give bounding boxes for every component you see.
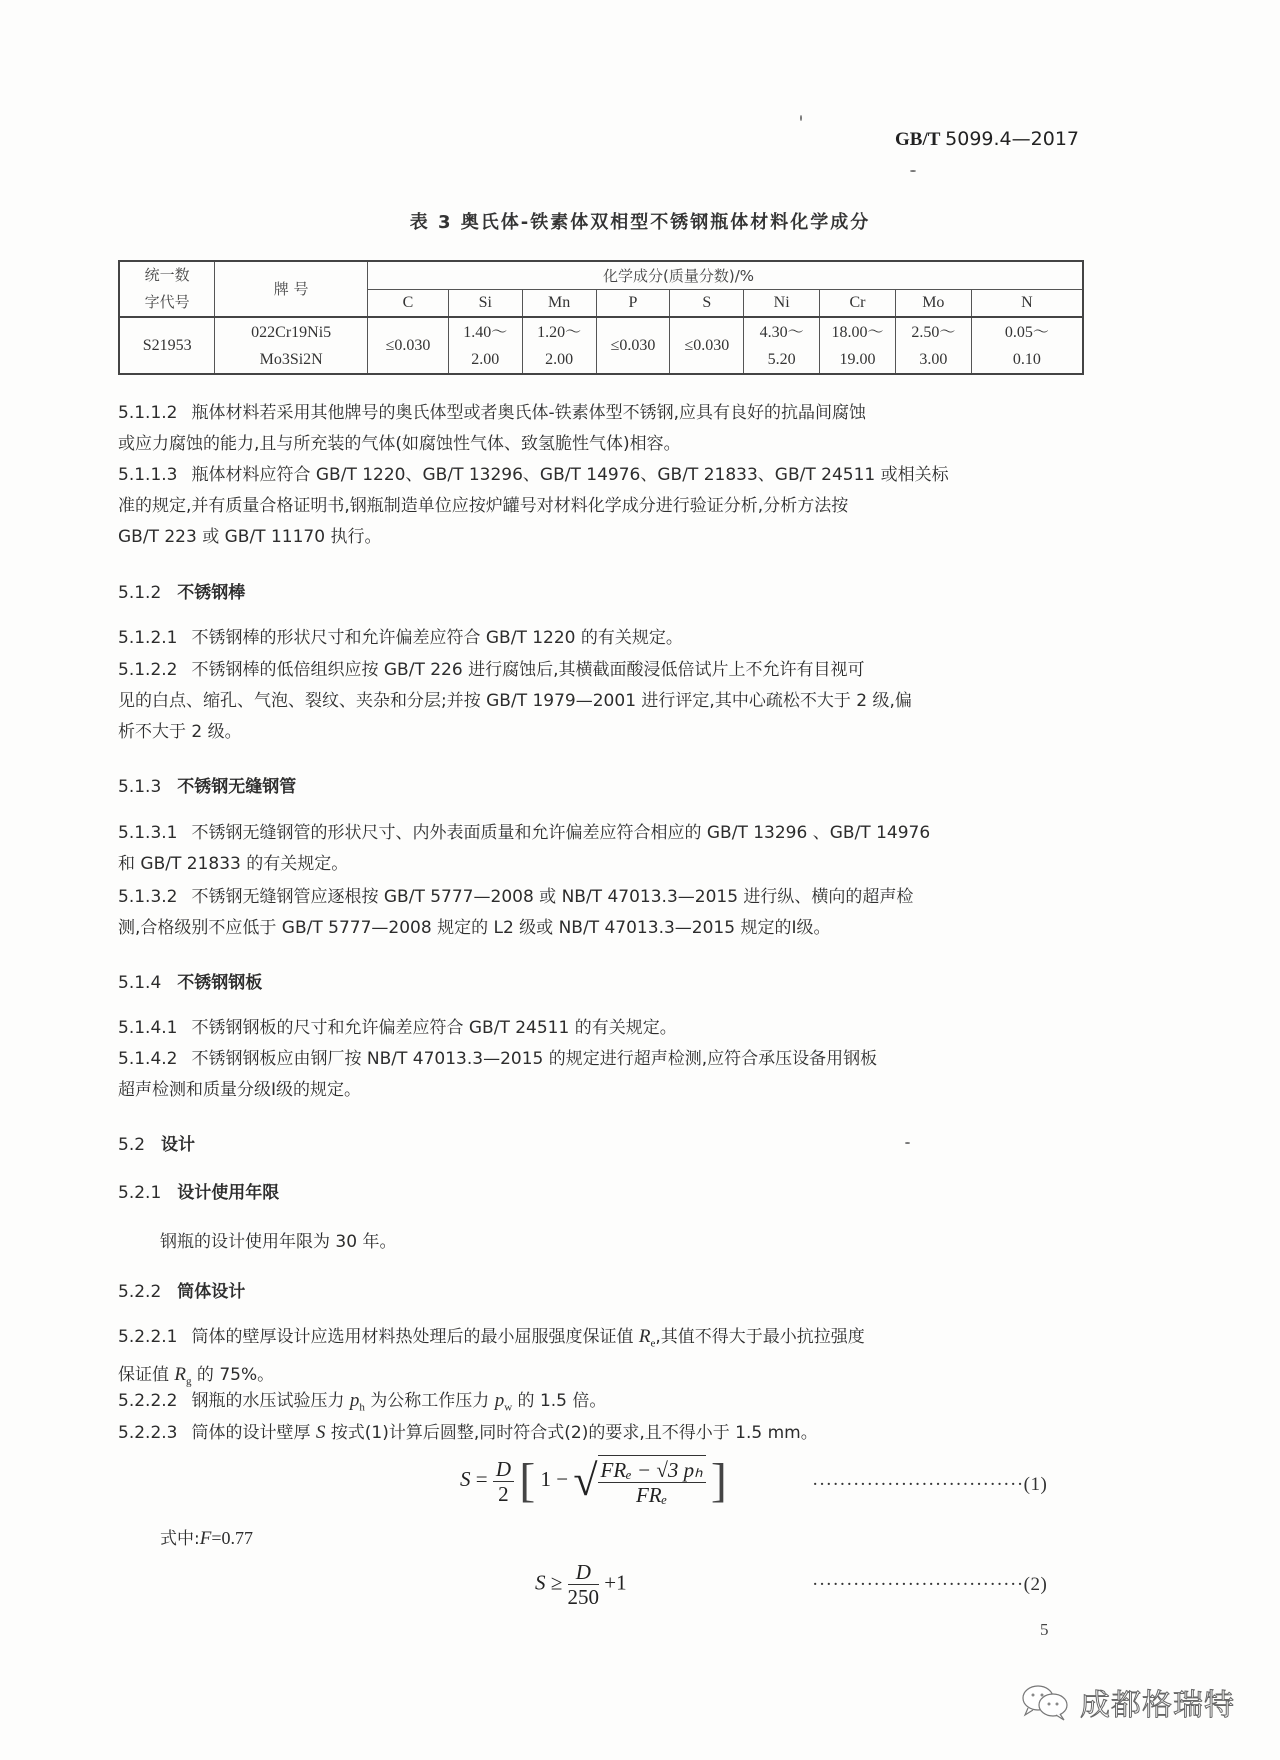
cell-s: ≤0.030 [670,317,744,374]
clause-number: 5.1.2.1 [118,628,177,648]
paragraph-text: 钢瓶的设计使用年限为 30 年。 [160,1227,1126,1258]
heading-5-2-1: 5.2.1设计使用年限 [118,1178,279,1203]
clause-number: 5.1.3.1 [118,823,177,843]
cell-mn-min: 1.20～ [523,319,596,346]
col-header-element: N [971,290,1083,318]
clause-text: 不锈钢钢板的尺寸和允许偏差应符合 GB/T 24511 的有关规定。 [191,1018,676,1038]
clause-text: 的 75%。 [192,1365,275,1385]
clause-number: 5.2.2.3 [118,1423,177,1443]
left-bracket: [ [519,1457,535,1505]
fraction-numerator: D [493,1457,514,1482]
cell-c: ≤0.030 [368,317,449,374]
formula-one-minus: 1 − [541,1467,569,1491]
clause-5-1-3-2: 5.1.3.2不锈钢无缝钢管应逐根按 GB/T 5777—2008 或 NB/T… [118,882,1084,944]
fraction-denominator: 250 [568,1585,600,1609]
clause-text: 瓶体材料若采用其他牌号的奥氏体型或者奥氏体-铁素体型不锈钢,应具有良好的抗晶间腐… [191,403,866,423]
clause-text: 瓶体材料应符合 GB/T 1220、GB/T 13296、GB/T 14976、… [191,465,948,485]
cell-mn-max: 2.00 [523,346,596,373]
heading-number: 5.2.2 [118,1282,161,1302]
formula-1: S = D 2 [ 1 − √ FRₑ − √3 pₕ FRₑ ] [460,1455,727,1507]
clause-text: 筒体的设计壁厚 [191,1423,315,1443]
page-number: 5 [1040,1620,1049,1640]
fraction-radicand: FRₑ − √3 pₕ FRₑ [598,1458,706,1507]
clause-5-1-4-2: 5.1.4.2不锈钢钢板应由钢厂按 NB/T 47013.3—2015 的规定进… [118,1044,1084,1106]
paragraph-service-life: 钢瓶的设计使用年限为 30 年。 [118,1227,1126,1258]
watermark: 成都格瑞特 [1020,1680,1235,1724]
fraction-d-over-2: D 2 [493,1457,514,1506]
fraction-numerator: FRₑ − √3 pₕ [598,1458,706,1483]
clause-text: 筒体的壁厚设计应选用材料热处理后的最小屈服强度保证值 [191,1327,638,1347]
table-row: S21953 022Cr19Ni5 Mo3Si2N ≤0.030 1.40～2.… [119,317,1083,374]
clause-5-2-2-3: 5.2.2.3筒体的设计壁厚 S 按式(1)计算后圆整,同时符合式(2)的要求,… [118,1417,1084,1449]
where-value: =0.77 [211,1528,253,1548]
clause-5-1-2-2: 5.1.2.2不锈钢棒的低倍组织应按 GB/T 226 进行腐蚀后,其横截面酸浸… [118,655,1084,748]
col-header-element: Ni [744,290,820,318]
symbol-s: S [316,1422,326,1443]
clause-text: 钢瓶的水压试验压力 [191,1391,349,1411]
formula-geq: ≥ [551,1570,563,1594]
clause-number: 5.2.2.2 [118,1391,177,1411]
fraction-numerator: D [568,1560,600,1585]
heading-number: 5.1.2 [118,583,161,603]
col-header-element: Mn [522,290,596,318]
clause-number: 5.2.2.1 [118,1327,177,1347]
col-header-code: 统一数 字代号 [119,261,215,317]
heading-number: 5.1.4 [118,973,161,993]
cell-si: 1.40～2.00 [448,317,522,374]
watermark-text: 成都格瑞特 [1080,1680,1235,1724]
cell-p: ≤0.030 [596,317,670,374]
cell-cr: 18.00～19.00 [820,317,896,374]
square-root: √ FRₑ − √3 pₕ FRₑ [573,1455,705,1507]
cell-ni: 4.30～5.20 [744,317,820,374]
scan-speck [905,1142,910,1144]
cell-n-min: 0.05～ [972,319,1082,346]
clause-text: 和 GB/T 21833 的有关规定。 [118,849,1084,880]
heading-5-1-2: 5.1.2不锈钢棒 [118,578,245,603]
clause-text: 不锈钢棒的低倍组织应按 GB/T 226 进行腐蚀后,其横截面酸浸低倍试片上不允… [191,660,864,680]
heading-title: 设计使用年限 [177,1183,279,1203]
clause-text: 不锈钢无缝钢管应逐根按 GB/T 5777—2008 或 NB/T 47013.… [191,887,913,907]
clause-number: 5.1.4.1 [118,1018,177,1038]
clause-text: 准的规定,并有质量合格证明书,钢瓶制造单位应按炉罐号对材料化学成分进行验证分析,… [118,491,1084,522]
formula-lhs: S [535,1570,546,1594]
formula-1-label: (1) [1024,1474,1048,1495]
cell-grade-line1: 022Cr19Ni5 [215,319,367,346]
clause-text: 不锈钢棒的形状尺寸和允许偏差应符合 GB/T 1220 的有关规定。 [191,628,682,648]
cell-code: S21953 [119,317,215,374]
clause-text: 按式(1)计算后圆整,同时符合式(2)的要求,且不得小于 1.5 mm。 [325,1423,817,1443]
clause-text: 析不大于 2 级。 [118,717,1084,748]
col-header-element: Cr [820,290,896,318]
col-header-element: C [368,290,449,318]
clause-text: 的 1.5 倍。 [512,1391,606,1411]
heading-title: 不锈钢无缝钢管 [177,777,296,797]
col-header-element: P [596,290,670,318]
formula-2-label: (2) [1024,1574,1048,1595]
symbol-rg: R [174,1364,186,1385]
heading-title: 不锈钢钢板 [177,973,262,993]
formula-2-leader: ·······························(2) [812,1574,1047,1596]
clause-text: 见的白点、缩孔、气泡、裂纹、夹杂和分层;并按 GB/T 1979—2001 进行… [118,686,1084,717]
fraction-denominator: 2 [493,1482,514,1506]
clause-text: 超声检测和质量分级Ⅰ级的规定。 [118,1075,1084,1106]
heading-number: 5.1.3 [118,777,161,797]
formula-equals: = [476,1467,488,1491]
cell-n: 0.05～0.10 [971,317,1083,374]
clause-number: 5.1.4.2 [118,1049,177,1069]
clause-5-1-1-3: 5.1.1.3瓶体材料应符合 GB/T 1220、GB/T 13296、GB/T… [118,460,1084,553]
clause-text: GB/T 223 或 GB/T 11170 执行。 [118,522,1084,553]
symbol-pw: p [495,1390,505,1411]
formula-1-leader: ·······························(1) [812,1474,1047,1496]
formula-lhs: S [460,1467,471,1491]
cell-si-max: 2.00 [449,346,522,373]
clause-number: 5.1.1.3 [118,465,177,485]
clause-5-1-2-1: 5.1.2.1不锈钢棒的形状尺寸和允许偏差应符合 GB/T 1220 的有关规定… [118,623,1084,654]
heading-5-2: 5.2设计 [118,1130,195,1155]
cell-ni-min: 4.30～ [744,319,819,346]
cell-n-max: 0.10 [972,346,1082,373]
cell-mo-max: 3.00 [896,346,971,373]
symbol-f: F [200,1528,212,1549]
right-bracket: ] [711,1457,727,1505]
standard-prefix: GB/T [895,129,940,150]
col-header-grade: 牌 号 [215,261,368,317]
dot-leader: ······························· [812,1574,1024,1595]
cell-mn: 1.20～2.00 [522,317,596,374]
clause-5-1-3-1: 5.1.3.1不锈钢无缝钢管的形状尺寸、内外表面质量和允许偏差应符合相应的 GB… [118,818,1084,880]
formula-2: S ≥ D 250 +1 [535,1560,627,1609]
radicand: FRₑ − √3 pₕ FRₑ [598,1455,706,1507]
col-header-element: Mo [895,290,971,318]
dot-leader: ······························· [812,1474,1024,1495]
clause-text: 保证值 [118,1365,174,1385]
table-title: 表 3 奥氏体-铁素体双相型不锈钢瓶体材料化学成分 [0,208,1280,234]
clause-number: 5.1.1.2 [118,403,177,423]
where-prefix: 式中: [160,1529,200,1549]
scan-speck [910,170,916,172]
cell-mo: 2.50～3.00 [895,317,971,374]
clause-text: 不锈钢无缝钢管的形状尺寸、内外表面质量和允许偏差应符合相应的 GB/T 1329… [191,823,930,843]
clause-text: 或应力腐蚀的能力,且与所充装的气体(如腐蚀性气体、致氢脆性气体)相容。 [118,429,1084,460]
scan-speck [800,115,802,121]
clause-text: 不锈钢钢板应由钢厂按 NB/T 47013.3—2015 的规定进行超声检测,应… [191,1049,877,1069]
clause-5-1-1-2: 5.1.1.2瓶体材料若采用其他牌号的奥氏体型或者奥氏体-铁素体型不锈钢,应具有… [118,398,1084,460]
cell-ni-max: 5.20 [744,346,819,373]
cell-grade: 022Cr19Ni5 Mo3Si2N [215,317,368,374]
heading-5-2-2: 5.2.2筒体设计 [118,1277,245,1302]
col-header-code-line2: 字代号 [120,289,214,316]
cell-si-min: 1.40～ [449,319,522,346]
clause-number: 5.1.3.2 [118,887,177,907]
standard-number: GB/T 5099.4—2017 [895,128,1079,151]
wechat-icon [1020,1682,1072,1722]
radical-sign: √ [573,1456,597,1506]
col-header-element: Si [448,290,522,318]
table-header-row: 统一数 字代号 牌 号 化学成分(质量分数)/% [119,261,1083,290]
chemical-composition-table: 统一数 字代号 牌 号 化学成分(质量分数)/% C Si Mn P S Ni … [118,260,1084,375]
heading-number: 5.2.1 [118,1183,161,1203]
clause-5-1-4-1: 5.1.4.1不锈钢钢板的尺寸和允许偏差应符合 GB/T 24511 的有关规定… [118,1013,1084,1044]
heading-5-1-4: 5.1.4不锈钢钢板 [118,968,262,993]
formula-plus-one: +1 [604,1570,626,1594]
col-header-code-line1: 统一数 [120,262,214,289]
heading-title: 筒体设计 [177,1282,245,1302]
heading-number: 5.2 [118,1135,145,1155]
symbol-pw-subscript: w [504,1401,512,1413]
standard-code: 5099.4—2017 [945,128,1079,150]
fraction-d-over-250: D 250 [568,1560,600,1609]
clause-text: 为公称工作压力 [365,1391,495,1411]
clause-text: ,其值不得大于最小抗拉强度 [655,1327,864,1347]
cell-grade-line2: Mo3Si2N [215,346,367,373]
symbol-ph: p [350,1390,360,1411]
col-header-composition: 化学成分(质量分数)/% [368,261,1083,290]
col-header-element: S [670,290,744,318]
clause-text: 测,合格级别不应低于 GB/T 5777—2008 规定的 L2 级或 NB/T… [118,913,1084,944]
heading-title: 不锈钢棒 [177,583,245,603]
fraction-denominator: FRₑ [598,1483,706,1507]
heading-5-1-3: 5.1.3不锈钢无缝钢管 [118,772,296,797]
symbol-re: R [639,1326,651,1347]
cell-cr-min: 18.00～ [820,319,895,346]
clause-number: 5.1.2.2 [118,660,177,680]
cell-cr-max: 19.00 [820,346,895,373]
heading-title: 设计 [161,1135,195,1155]
formula-where: 式中:F=0.77 [118,1523,1126,1555]
cell-mo-min: 2.50～ [896,319,971,346]
